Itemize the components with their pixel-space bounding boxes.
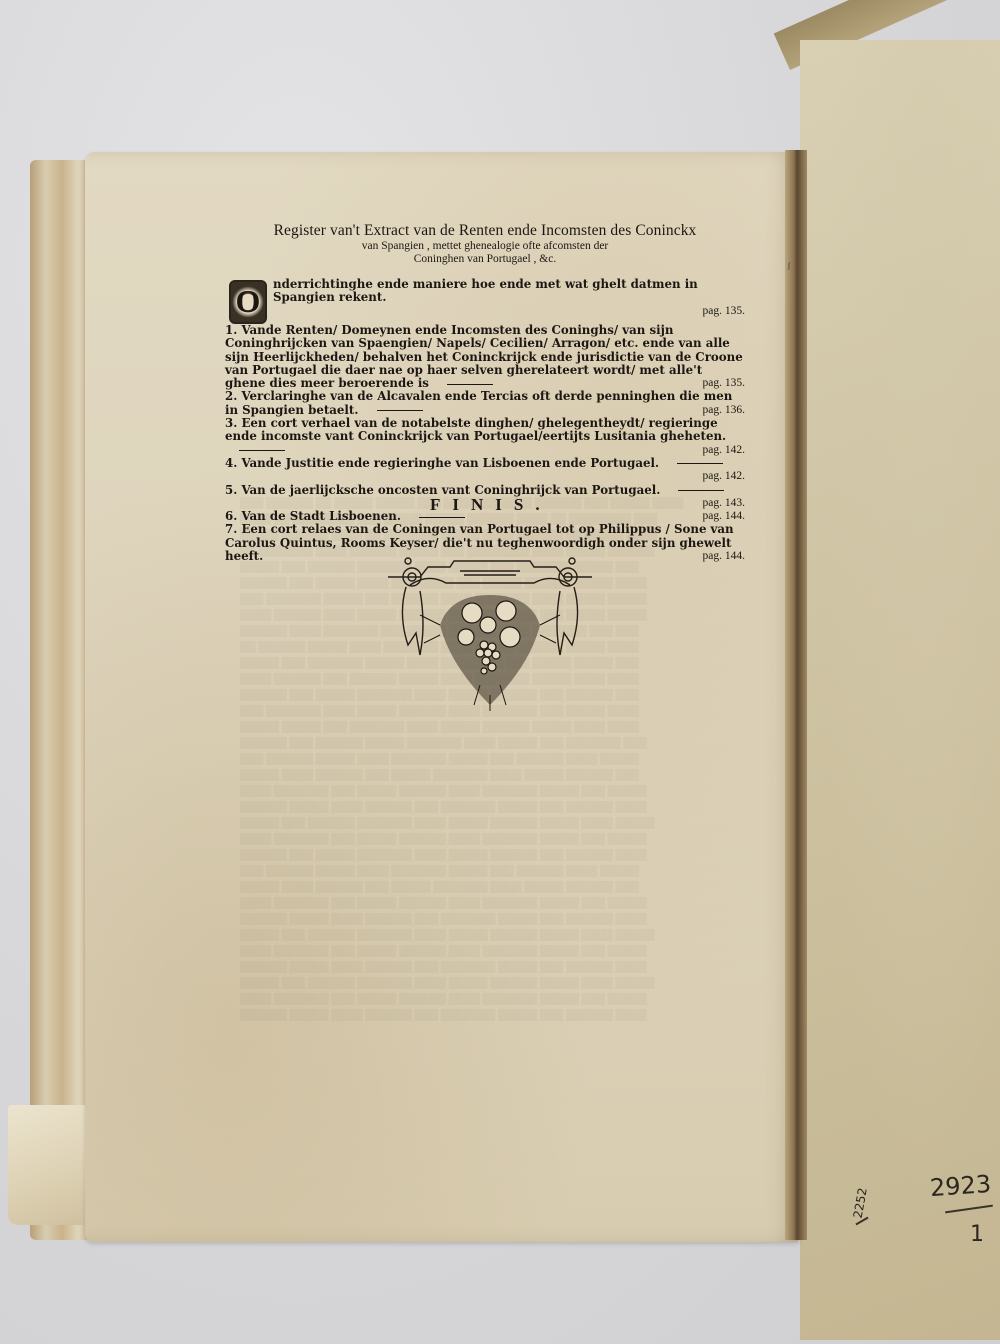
register-title: Register van't Extract van de Renten end… (225, 222, 745, 240)
register-entry: nderrichtinghe ende maniere hoe ende met… (225, 278, 745, 324)
entry-page: pag. 142. (703, 470, 745, 483)
entry-page: pag. 144. (703, 510, 745, 523)
finis-mark: FINIS. (430, 495, 552, 515)
spine-pencil-mark: ʃ (788, 262, 790, 270)
entry-number: 4. (225, 456, 237, 470)
leader-rule (447, 384, 493, 385)
entry-number: 3. (225, 416, 237, 430)
entry-page: pag. 136. (703, 404, 745, 417)
entry-text: Verclaringhe van de Alcavalen ende Terci… (225, 389, 732, 416)
book-gutter (785, 150, 807, 1240)
entry-text: Vande Justitie ende regieringhe van Lisb… (241, 456, 659, 470)
entry-number: 1. (225, 323, 237, 337)
handwritten-denominator-large: 1 (970, 1222, 984, 1247)
register-entries: O nderrichtinghe ende maniere hoe ende m… (225, 278, 745, 563)
entry-page: pag. 135. (703, 377, 745, 390)
leader-rule (377, 410, 423, 411)
entry-page: pag. 135. (703, 305, 745, 318)
handwritten-number-large: 2923 (929, 1170, 992, 1202)
entry-text: Vande Renten/ Domeynen ende Incomsten de… (225, 323, 743, 390)
entry-number: 2. (225, 389, 237, 403)
register-entry: 4. Vande Justitie ende regieringhe van L… (225, 457, 745, 484)
entry-text: Een cort verhael van de notabelste dingh… (225, 416, 726, 443)
leader-rule (678, 490, 724, 491)
entry-page: pag. 143. (703, 497, 745, 510)
show-through-text-lower: ▒▒▒▒▒ ▒▒▒ ▒▒▒▒▒▒ ▒▒▒▒▒▒▒ ▒▒▒▒ ▒▒▒▒▒ ▒▒▒▒… (240, 815, 760, 1045)
register-entry: 3. Een cort verhael van de notabelste di… (225, 417, 745, 457)
entry-number: 7. (225, 522, 237, 536)
entry-page: pag. 144. (703, 550, 745, 563)
entry-page: pag. 142. (703, 444, 745, 457)
entry-number: 6. (225, 509, 237, 523)
leader-rule (239, 450, 285, 451)
register-subtitle-2: Coninghen van Portugael , &c. (225, 253, 745, 266)
register-subtitle-1: van Spangien , mettet ghenealogie ofte a… (225, 240, 745, 253)
fruit-garland-woodcut-icon (380, 555, 600, 715)
inside-cover (800, 40, 1000, 1340)
entry-number: 5. (225, 483, 237, 497)
register-entry: 2. Verclaringhe van de Alcavalen ende Te… (225, 390, 745, 417)
leader-rule (677, 463, 723, 464)
register-entry: 1. Vande Renten/ Domeynen ende Incomsten… (225, 324, 745, 390)
leader-rule (419, 517, 465, 518)
entry-text: nderrichtinghe ende maniere hoe ende met… (225, 278, 745, 305)
folded-flap (8, 1105, 88, 1225)
entry-text: Van de Stadt Lisboenen. (241, 509, 400, 523)
